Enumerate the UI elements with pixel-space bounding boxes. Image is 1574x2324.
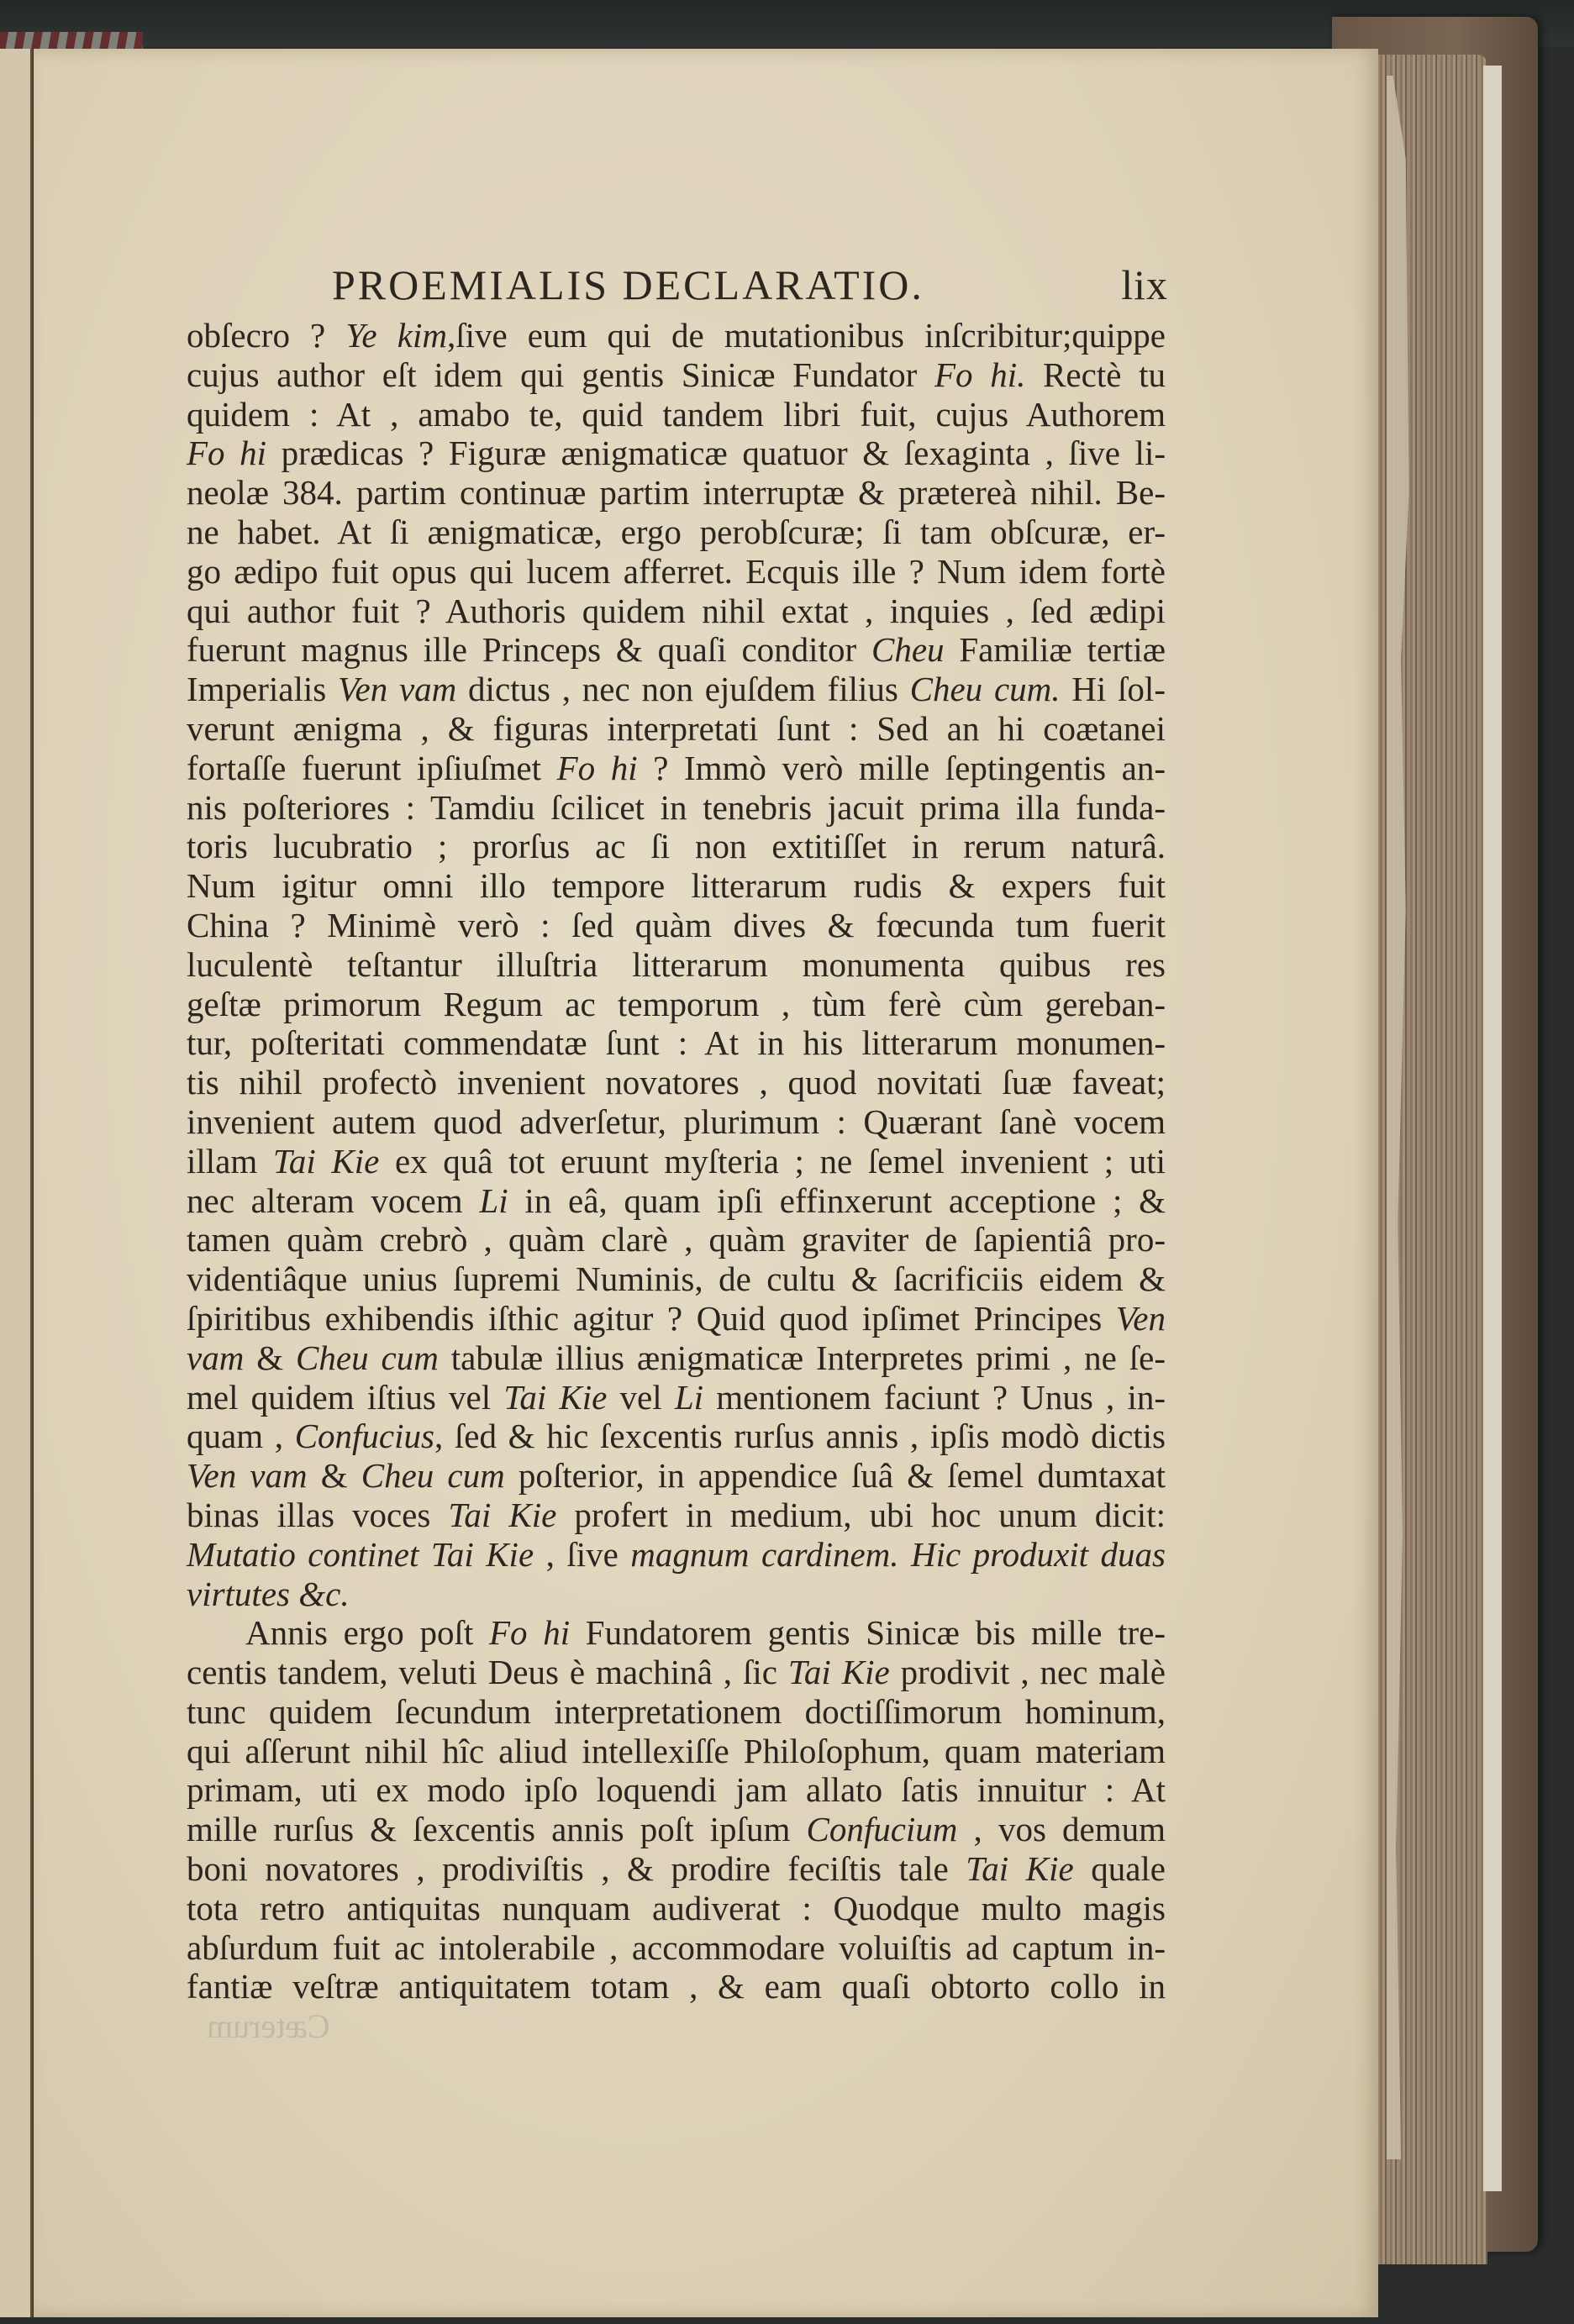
text-line: go ædipo fuit opus qui lucem afferret. E…	[187, 552, 1166, 592]
italic-term: Cheu cum	[296, 1338, 439, 1377]
text-line: qui aſſerunt nihil hîc aliud intellexiſſ…	[187, 1732, 1166, 1771]
text-segment: fortaſſe fuerunt ipſiuſmet	[187, 749, 557, 787]
text-segment: in eâ, quam ipſi effinxerunt acceptione …	[508, 1181, 1166, 1220]
italic-term: vam	[187, 1338, 244, 1377]
text-line: tunc quidem ſecundum interpretationem do…	[187, 1692, 1166, 1732]
italic-term: Fo hi	[489, 1613, 570, 1652]
text-segment: prodivit , nec malè	[890, 1653, 1166, 1691]
italic-term: Li	[479, 1181, 508, 1220]
text-segment: verunt ænigma , & figuras interpretati ſ…	[187, 709, 1166, 748]
text-line: Num igitur omni illo tempore litterarum …	[187, 866, 1166, 906]
text-segment: tamen quàm crebrò , quàm clarè , quàm gr…	[187, 1220, 1166, 1259]
text-line: fuerunt magnus ille Princeps & quaſi con…	[187, 630, 1166, 670]
text-segment: neolæ 384. partim continuæ partim interr…	[187, 473, 1166, 512]
text-line: mille rurſus & ſexcentis annis poſt ipſu…	[187, 1810, 1166, 1849]
text-segment: quam ,	[187, 1417, 295, 1455]
text-line: Ven vam & Cheu cum poſterior, in appendi…	[187, 1456, 1166, 1496]
text-line: fantiæ veſtræ antiquitatem totam , & eam…	[187, 1967, 1166, 2006]
text-line: tis nihil profectò invenient novatores ,…	[187, 1063, 1166, 1102]
page-number: lix	[1121, 260, 1168, 309]
italic-term: Tai Kie	[273, 1142, 379, 1180]
text-segment: ? Immò verò mille ſeptingentis an-	[638, 749, 1166, 787]
italic-term: Ven	[1116, 1299, 1166, 1338]
text-segment: qui aſſerunt nihil hîc aliud intellexiſſ…	[187, 1732, 1166, 1770]
italic-term: Mutatio continet Tai Kie	[187, 1535, 534, 1574]
text-segment: ex quâ tot eruunt myſteria ; ne ſemel in…	[379, 1142, 1166, 1180]
text-line: Mutatio continet Tai Kie , ſive magnum c…	[187, 1535, 1166, 1575]
facing-page-edge	[0, 49, 33, 2317]
text-line: neolæ 384. partim continuæ partim interr…	[187, 473, 1166, 513]
italic-term: Confucium	[806, 1810, 957, 1848]
headband	[0, 32, 143, 49]
text-line: cujus author eſt idem qui gentis Sinicæ …	[187, 355, 1166, 395]
text-segment: prædicas ? Figuræ ænigmaticæ quatuor & ſ…	[266, 434, 1166, 472]
text-line: Fo hi prædicas ? Figuræ ænigmaticæ quatu…	[187, 434, 1166, 473]
text-line: boni novatores , prodiviſtis , & prodire…	[187, 1849, 1166, 1889]
text-segment: Hi ſol-	[1061, 670, 1166, 708]
text-segment: poſterior, in appendice ſuâ & ſemel dumt…	[505, 1456, 1166, 1495]
text-segment: boni novatores , prodiviſtis , & prodire…	[187, 1849, 966, 1888]
text-line: tamen quàm crebrò , quàm clarè , quàm gr…	[187, 1220, 1166, 1259]
text-segment: Annis ergo poſt	[245, 1613, 489, 1652]
text-segment: illam	[187, 1142, 273, 1180]
text-segment: Familiæ tertiæ	[945, 630, 1166, 669]
text-segment: dictus , nec non ejuſdem filius	[456, 670, 909, 708]
text-segment: mentionem faciunt ? Unus , in-	[703, 1378, 1166, 1417]
italic-term: Ven vam	[338, 670, 456, 708]
text-line: Annis ergo poſt Fo hi Fundatorem gentis …	[187, 1613, 1166, 1653]
text-line: luculentè teſtantur illuſtria litterarum…	[187, 945, 1166, 985]
text-line: quam , Confucius, ſed & hic ſexcentis ru…	[187, 1417, 1166, 1456]
italic-term: Li	[675, 1378, 703, 1417]
italic-term: Ye kim	[345, 316, 447, 355]
text-line: abſurdum fuit ac intolerabile , accommod…	[187, 1928, 1166, 1968]
running-head-title: PROEMIALIS DECLARATIO.	[332, 260, 924, 309]
italic-term: virtutes &c.	[187, 1575, 350, 1613]
text-line: tota retro antiquitas nunquam audiverat …	[187, 1889, 1166, 1928]
body-text: obſecro ? Ye kim,ſive eum qui de mutatio…	[187, 316, 1166, 2006]
text-segment: abſurdum fuit ac intolerabile , accommod…	[187, 1928, 1166, 1967]
text-segment: toris lucubratio ; prorſus ac ſi non ext…	[187, 827, 1166, 865]
italic-term: Ven vam	[187, 1456, 308, 1495]
text-segment: videntiâque unius ſupremi Numinis, de cu…	[187, 1259, 1166, 1298]
text-line: quidem : At , amabo te, quid tandem libr…	[187, 395, 1166, 434]
italic-term: Confucius	[295, 1417, 434, 1455]
text-line: illam Tai Kie ex quâ tot eruunt myſteria…	[187, 1142, 1166, 1181]
text-line: qui author fuit ? Authoris quidem nihil …	[187, 592, 1166, 631]
text-line: Imperialis Ven vam dictus , nec non ejuſ…	[187, 670, 1166, 709]
text-line: nis poſteriores : Tamdiu ſcilicet in ten…	[187, 788, 1166, 828]
italic-term: Tai Kie	[448, 1496, 556, 1534]
text-segment: , ſed & hic ſexcentis rurſus annis , ipſ…	[434, 1417, 1166, 1455]
text-segment: Rectè tu	[1025, 355, 1166, 394]
text-segment: obſecro ?	[187, 316, 345, 355]
text-segment: go ædipo fuit opus qui lucem afferret. E…	[187, 552, 1166, 591]
text-segment: &	[308, 1456, 361, 1495]
text-segment: , vos demum	[957, 1810, 1166, 1848]
running-head: PROEMIALIS DECLARATIO. lix	[332, 260, 1172, 311]
text-line: China ? Minimè verò : ſed quàm dives & f…	[187, 906, 1166, 945]
italic-term: Tai Kie	[966, 1849, 1073, 1888]
text-segment: primam, uti ex modo ipſo loquendi jam al…	[187, 1770, 1166, 1809]
text-line: toris lucubratio ; prorſus ac ſi non ext…	[187, 827, 1166, 866]
text-segment: tunc quidem ſecundum interpretationem do…	[187, 1692, 1166, 1731]
text-segment: geſtæ primorum Regum ac temporum , tùm f…	[187, 985, 1166, 1023]
text-segment: qui author fuit ? Authoris quidem nihil …	[187, 592, 1166, 630]
italic-term: Cheu cum	[361, 1456, 505, 1495]
text-line: tur, poſteritati commendatæ ſunt : At in…	[187, 1023, 1166, 1063]
text-segment: ne habet. At ſi ænigmaticæ, ergo perobſc…	[187, 513, 1166, 551]
text-segment: ſpiritibus exhibendis iſthic agitur ? Qu…	[187, 1299, 1116, 1338]
text-segment: luculentè teſtantur illuſtria litterarum…	[187, 945, 1166, 984]
text-segment: mille rurſus & ſexcentis annis poſt ipſu…	[187, 1810, 806, 1848]
text-segment: , ſive	[534, 1535, 630, 1574]
text-line: fortaſſe fuerunt ipſiuſmet Fo hi ? Immò …	[187, 749, 1166, 788]
italic-term: Fo hi.	[934, 355, 1025, 394]
text-segment: Num igitur omni illo tempore litterarum …	[187, 866, 1166, 905]
text-line: nec alteram vocem Li in eâ, quam ipſi ef…	[187, 1181, 1166, 1221]
text-segment: profert in medium, ubi hoc unum dicit:	[556, 1496, 1166, 1534]
text-line: verunt ænigma , & figuras interpretati ſ…	[187, 709, 1166, 749]
text-segment: tota retro antiquitas nunquam audiverat …	[187, 1889, 1166, 1927]
text-line: ne habet. At ſi ænigmaticæ, ergo perobſc…	[187, 513, 1166, 552]
text-segment: nis poſteriores : Tamdiu ſcilicet in ten…	[187, 788, 1166, 827]
text-segment: invenient autem quod adverſetur, plurimu…	[187, 1102, 1166, 1141]
text-line: binas illas voces Tai Kie profert in med…	[187, 1496, 1166, 1535]
text-line: ſpiritibus exhibendis iſthic agitur ? Qu…	[187, 1299, 1166, 1338]
text-segment: fuerunt magnus ille Princeps & quaſi con…	[187, 630, 871, 669]
italic-term: Tai Kie	[788, 1653, 890, 1691]
text-line: obſecro ? Ye kim,ſive eum qui de mutatio…	[187, 316, 1166, 355]
text-line: centis tandem, veluti Deus è machinâ , ſ…	[187, 1653, 1166, 1692]
text-segment: &	[244, 1338, 296, 1377]
italic-term: Cheu cum.	[910, 670, 1061, 708]
italic-term: magnum cardinem. Hic produxit duas	[630, 1535, 1166, 1574]
italic-term: Tai Kie	[503, 1378, 607, 1417]
text-segment: fantiæ veſtræ antiquitatem totam , & eam…	[187, 1967, 1166, 2006]
text-segment: tis nihil profectò invenient novatores ,…	[187, 1063, 1166, 1102]
endpaper	[1483, 66, 1502, 2191]
text-segment: tabulæ illius ænigmaticæ Interpretes pri…	[439, 1338, 1166, 1377]
text-line: videntiâque unius ſupremi Numinis, de cu…	[187, 1259, 1166, 1299]
text-segment: ,ſive eum qui de mutationibus inſcribitu…	[447, 316, 1166, 355]
text-segment: cujus author eſt idem qui gentis Sinicæ …	[187, 355, 934, 394]
text-segment: vel	[607, 1378, 674, 1417]
text-line: mel quidem iſtius vel Tai Kie vel Li men…	[187, 1378, 1166, 1417]
text-line: invenient autem quod adverſetur, plurimu…	[187, 1102, 1166, 1142]
text-segment: centis tandem, veluti Deus è machinâ , ſ…	[187, 1653, 788, 1691]
text-segment: mel quidem iſtius vel	[187, 1378, 503, 1417]
text-segment: nec alteram vocem	[187, 1181, 479, 1220]
italic-term: Fo hi	[557, 749, 638, 787]
italic-term: Fo hi	[187, 434, 266, 472]
text-line: primam, uti ex modo ipſo loquendi jam al…	[187, 1770, 1166, 1810]
text-segment: Imperialis	[187, 670, 338, 708]
italic-term: Cheu	[871, 630, 945, 669]
show-through-text: Cæterum	[207, 2006, 330, 2046]
text-segment: tur, poſteritati commendatæ ſunt : At in…	[187, 1023, 1166, 1062]
text-segment: China ? Minimè verò : ſed quàm dives & f…	[187, 906, 1166, 944]
text-segment: quidem : At , amabo te, quid tandem libr…	[187, 395, 1166, 434]
text-segment: Fundatorem gentis Sinicæ bis mille tre-	[570, 1613, 1166, 1652]
text-segment: binas illas voces	[187, 1496, 448, 1534]
text-line: virtutes &c.	[187, 1575, 1166, 1614]
book-page: PROEMIALIS DECLARATIO. lix obſecro ? Ye …	[34, 49, 1378, 2317]
text-line: geſtæ primorum Regum ac temporum , tùm f…	[187, 985, 1166, 1024]
text-line: vam & Cheu cum tabulæ illius ænigmaticæ …	[187, 1338, 1166, 1378]
text-segment: quale	[1074, 1849, 1166, 1888]
